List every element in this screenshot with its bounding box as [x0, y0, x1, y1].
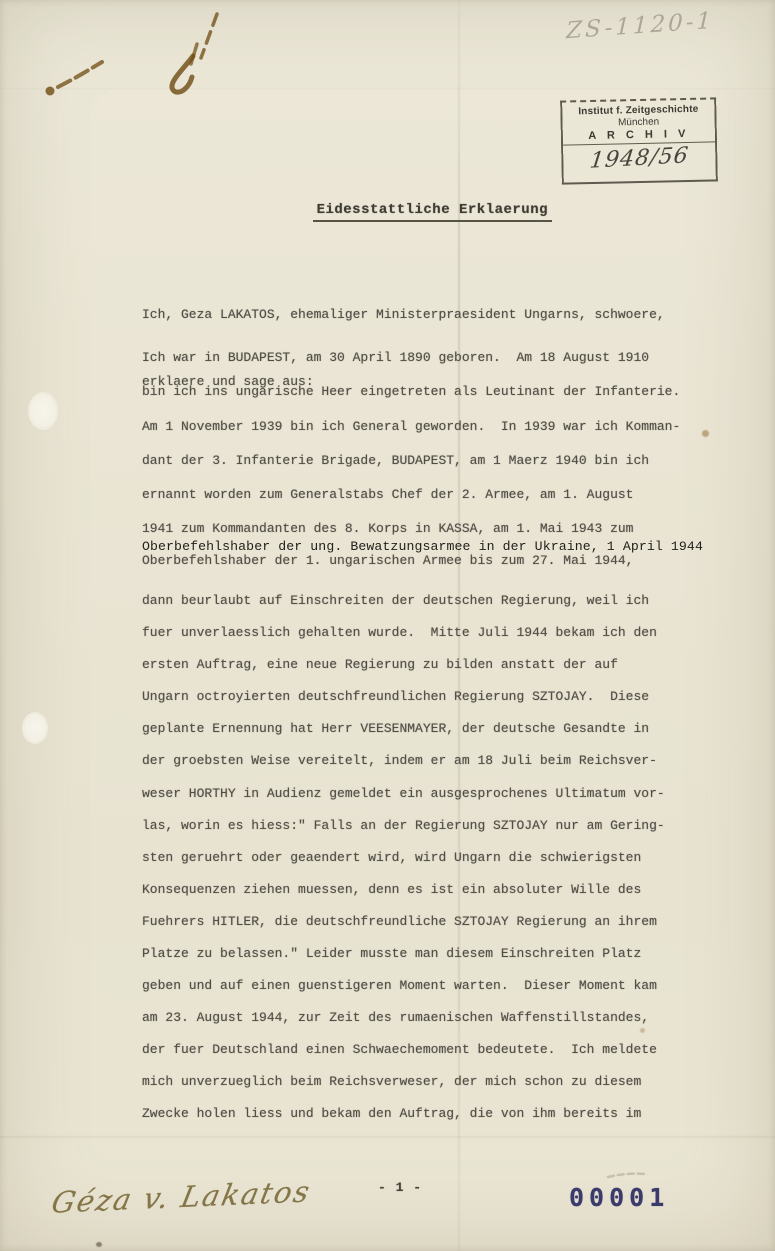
text-line: Am 1 November 1939 bin ich General gewor… — [142, 419, 742, 453]
page-number: - 1 - — [360, 1180, 440, 1195]
signature: Géza v. Lakatos — [49, 1174, 315, 1220]
text-line: Platze zu belassen." Leider musste man d… — [142, 946, 742, 978]
text-line: mich unverzueglich beim Reichsverweser, … — [142, 1074, 742, 1106]
text-line: ersten Auftrag, eine neue Regierung zu b… — [142, 657, 742, 689]
text-line: weser HORTHY in Audienz gemeldet ein aus… — [142, 786, 742, 818]
text-line: Ungarn octroyierten deutschfreundlichen … — [142, 689, 742, 721]
document-page: ZS-1120-1 Institut f. Zeitgeschichte Mün… — [0, 0, 775, 1251]
text-line: Ich, Geza LAKATOS, ehemaliger Ministerpr… — [142, 307, 665, 344]
stain — [96, 1242, 102, 1247]
text-line: 1941 zum Kommandanten des 8. Korps in KA… — [142, 521, 742, 539]
text-line: Oberbefehlshaber der ung. Bewatzungsarme… — [142, 539, 742, 554]
text-line: ernannt worden zum Generalstabs Chef der… — [142, 487, 742, 521]
text-line: geben und auf einen guenstigeren Moment … — [142, 978, 742, 1010]
document-title: Eidesstattliche Erklaerung — [142, 186, 687, 234]
serial-stamp: 00001 — [569, 1183, 669, 1212]
horizontal-crease — [0, 88, 775, 89]
archive-stamp: Institut f. Zeitgeschichte München A R C… — [560, 97, 718, 184]
text-line: geplante Ernennung hat Herr VEESENMAYER,… — [142, 721, 742, 753]
text-line: der fuer Deutschland einen Schwaechemome… — [142, 1042, 742, 1074]
text-line: Ich war in BUDAPEST, am 30 April 1890 ge… — [142, 350, 742, 384]
text-line: sten geruehrt oder geaendert wird, wird … — [142, 850, 742, 882]
text-line: Oberbefehlshaber der 1. ungarischen Arme… — [142, 553, 742, 593]
pencil-reference: ZS-1120-1 — [566, 8, 715, 44]
text-line: fuer unverlaesslich gehalten wurde. Mitt… — [142, 625, 742, 657]
text-line: bin ich ins ungarische Heer eingetreten … — [142, 384, 742, 418]
stamp-archiv-label: A R C H I V — [563, 127, 715, 142]
punch-hole — [28, 392, 58, 430]
text-line: Zwecke holen liess und bekam den Auftrag… — [142, 1106, 742, 1138]
text-line: dann beurlaubt auf Einschreiten der deut… — [142, 593, 742, 625]
punch-hole — [22, 712, 48, 744]
body-paragraph: Ich war in BUDAPEST, am 30 April 1890 ge… — [142, 350, 742, 1139]
text-line: Fuehrers HITLER, die deutschfreundliche … — [142, 914, 742, 946]
text-line: Konsequenzen ziehen muessen, denn es ist… — [142, 882, 742, 914]
text-line: am 23. August 1944, zur Zeit des rumaeni… — [142, 1010, 742, 1042]
text-line: las, worin es hiess:" Falls an der Regie… — [142, 818, 742, 850]
text-line: der groebsten Weise vereitelt, indem er … — [142, 753, 742, 785]
text-line: dant der 3. Infanterie Brigade, BUDAPEST… — [142, 453, 742, 487]
stamp-archive-number: 1948/56 — [562, 142, 718, 176]
